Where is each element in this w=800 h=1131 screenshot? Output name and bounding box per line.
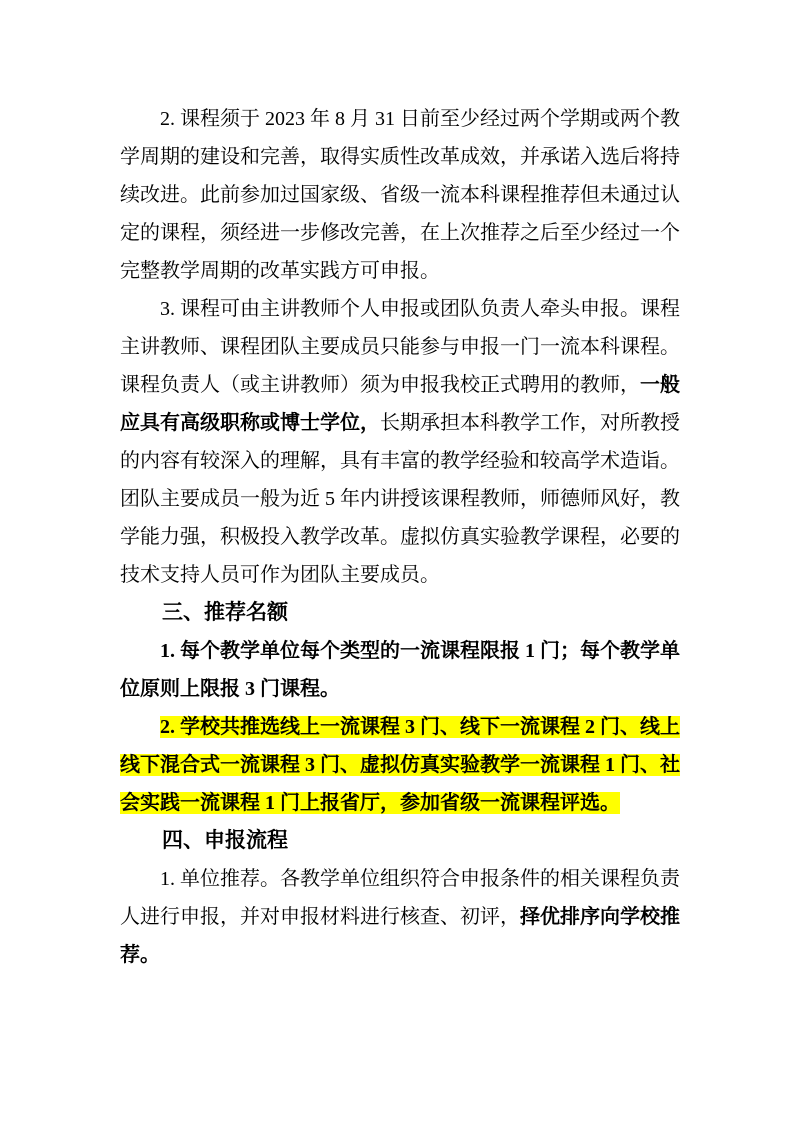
text-run: 四、申报流程 (162, 829, 288, 852)
text-run: 3. 课程可由主讲教师个人申报或团队负责人牵头申报。课程主讲教师、课程团队主要成… (120, 298, 680, 396)
paragraph-course-build-requirement: 2. 课程须于 2023 年 8 月 31 日前至少经过两个学期或两个教学周期的… (120, 100, 680, 290)
paragraph-unit-quota-limit: 1. 每个教学单位每个类型的一流课程限报 1 门；每个教学单位原则上限报 3 门… (120, 632, 680, 708)
paragraph-school-selection-highlighted: 2. 学校共推选线上一流课程 3 门、线下一流课程 2 门、线上线下混合式一流课… (120, 708, 680, 822)
text-run: 2. 学校共推选线上一流课程 3 门、线下一流课程 2 门、线上线下混合式一流课… (120, 716, 680, 814)
text-run: 1. 每个教学单位每个类型的一流课程限报 1 门；每个教学单位原则上限报 3 门… (120, 640, 680, 700)
section-heading-application-process: 四、申报流程 (120, 822, 680, 860)
paragraph-applicant-requirement: 3. 课程可由主讲教师个人申报或团队负责人牵头申报。课程主讲教师、课程团队主要成… (120, 290, 680, 594)
section-heading-recommendation-quota: 三、推荐名额 (120, 594, 680, 632)
document-page: 2. 课程须于 2023 年 8 月 31 日前至少经过两个学期或两个教学周期的… (0, 0, 800, 1131)
text-run: 三、推荐名额 (162, 601, 288, 624)
paragraph-unit-recommendation: 1. 单位推荐。各教学单位组织符合申报条件的相关课程负责人进行申报，并对申报材料… (120, 860, 680, 974)
document-body: 2. 课程须于 2023 年 8 月 31 日前至少经过两个学期或两个教学周期的… (120, 100, 680, 974)
text-run: 长期承担本科教学工作，对所教授的内容有较深入的理解，具有丰富的教学经验和较高学术… (120, 412, 680, 586)
text-run: 2. 课程须于 2023 年 8 月 31 日前至少经过两个学期或两个教学周期的… (120, 108, 680, 282)
